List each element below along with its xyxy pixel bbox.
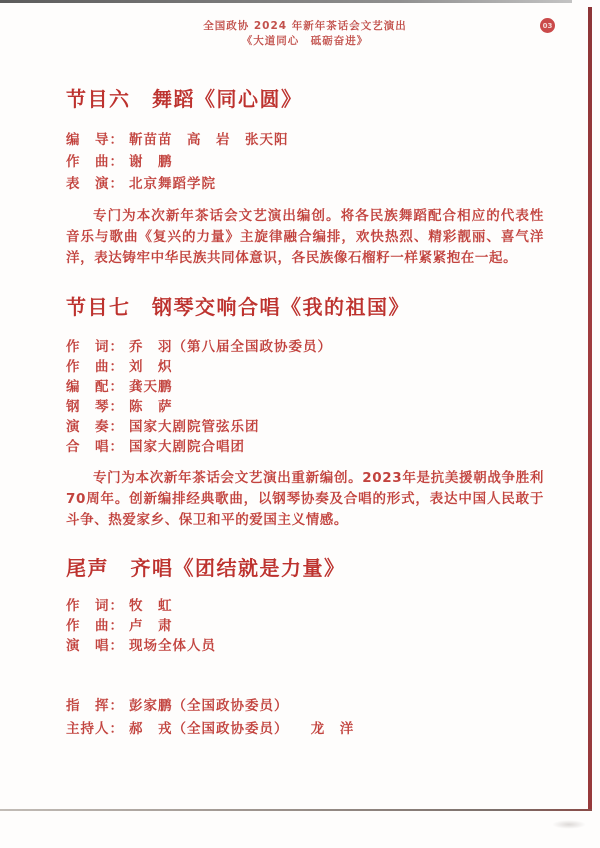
credit-value: 现场全体人员 [129, 638, 216, 654]
credit-label: 编 导： [66, 132, 124, 148]
credit-label: 主持人： [66, 721, 124, 737]
credit-label: 演 奏： [66, 419, 124, 435]
credit-label: 表 演： [66, 176, 124, 192]
scan-smudge [552, 820, 586, 829]
credit-label: 编 配： [66, 379, 124, 395]
header-line-2: 《大道同心 砥砺奋进》 [66, 34, 544, 49]
credit-value: 卢 肃 [129, 618, 173, 634]
page-header: 全国政协 2024 年新年茶话会文艺演出 《大道同心 砥砺奋进》 [66, 19, 544, 49]
credit-value: 刘 炽 [129, 359, 173, 375]
credits-finale: 作 词：牧 虹 作 曲：卢 肃 演 唱：现场全体人员 [66, 596, 544, 656]
credit-line: 编 导：靳苗苗 高 岩 张天阳 [66, 129, 544, 151]
section-description-program-7: 专门为本次新年茶话会文艺演出重新编创。2023年是抗美援朝战争胜利70周年。创新… [66, 468, 544, 531]
booklet-right-edge [588, 7, 592, 811]
section-title-program-7: 节目七 钢琴交响合唱《我的祖国》 [66, 295, 544, 319]
credit-line: 作 词：乔 羽（第八届全国政协委员） [66, 337, 544, 357]
credit-label: 作 曲： [66, 618, 124, 634]
credit-label: 合 唱： [66, 439, 124, 455]
credit-value: 国家大剧院管弦乐团 [129, 419, 260, 435]
credit-line: 演 唱：现场全体人员 [66, 636, 544, 656]
section-description-program-6: 专门为本次新年茶话会文艺演出编创。将各民族舞蹈配合相应的代表性音乐与歌曲《复兴的… [66, 206, 544, 269]
credit-label: 作 词： [66, 598, 124, 614]
credit-label: 钢 琴： [66, 399, 124, 415]
credits-program-7: 作 词：乔 羽（第八届全国政协委员） 作 曲：刘 炽 编 配：龚天鹏 钢 琴：陈… [66, 337, 544, 457]
section-title-finale: 尾声 齐唱《团结就是力量》 [66, 556, 544, 580]
credit-line: 表 演：北京舞蹈学院 [66, 173, 544, 195]
credit-line: 编 配：龚天鹏 [66, 377, 544, 397]
page-content: 全国政协 2024 年新年茶话会文艺演出 《大道同心 砥砺奋进》 节目六 舞蹈《… [66, 0, 544, 741]
credit-value: 北京舞蹈学院 [129, 176, 216, 192]
credit-value: 陈 萨 [129, 399, 173, 415]
credit-line: 作 曲：卢 肃 [66, 616, 544, 636]
credit-value: 龚天鹏 [129, 379, 173, 395]
credit-line-hosts: 主持人：郝 戎（全国政协委员） 龙 洋 [66, 718, 544, 741]
page-number: 03 [543, 22, 553, 30]
section-title-program-6: 节目六 舞蹈《同心圆》 [66, 87, 544, 111]
credit-line: 作 曲：谢 鹏 [66, 151, 544, 173]
credit-line: 作 词：牧 虹 [66, 596, 544, 616]
credit-line: 演 奏：国家大剧院管弦乐团 [66, 417, 544, 437]
credit-label: 演 唱： [66, 638, 124, 654]
credit-value: 乔 羽（第八届全国政协委员） [129, 339, 332, 355]
credit-value: 靳苗苗 高 岩 张天阳 [129, 132, 289, 148]
credits-program-6: 编 导：靳苗苗 高 岩 张天阳 作 曲：谢 鹏 表 演：北京舞蹈学院 [66, 129, 544, 195]
credit-line: 合 唱：国家大剧院合唱团 [66, 437, 544, 457]
credit-label: 作 曲： [66, 359, 124, 375]
footer-credits: 指 挥：彭家鹏（全国政协委员） 主持人：郝 戎（全国政协委员） 龙 洋 [66, 695, 544, 741]
scanned-program-page: 03 全国政协 2024 年新年茶话会文艺演出 《大道同心 砥砺奋进》 节目六 … [0, 0, 600, 848]
credit-value: 牧 虹 [129, 598, 173, 614]
credit-label: 作 曲： [66, 154, 124, 170]
credit-line: 钢 琴：陈 萨 [66, 397, 544, 417]
page-bottom-edge [0, 809, 592, 811]
credit-label: 作 词： [66, 339, 124, 355]
credit-line-conductor: 指 挥：彭家鹏（全国政协委员） [66, 695, 544, 718]
credit-label: 指 挥： [66, 698, 124, 714]
credit-value: 国家大剧院合唱团 [129, 439, 245, 455]
credit-line: 作 曲：刘 炽 [66, 357, 544, 377]
header-line-1: 全国政协 2024 年新年茶话会文艺演出 [66, 19, 544, 34]
credit-value: 彭家鹏（全国政协委员） [129, 698, 289, 714]
credit-value: 郝 戎（全国政协委员） 龙 洋 [129, 721, 354, 737]
credit-value: 谢 鹏 [129, 154, 173, 170]
